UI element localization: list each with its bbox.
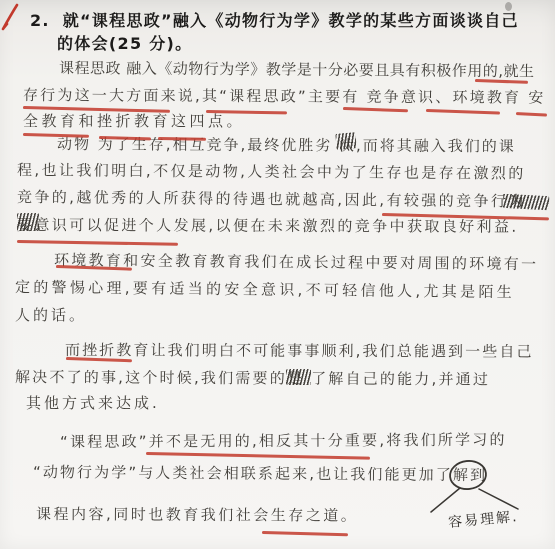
- scanned-exam-page: 2. 就“课程思政”融入《动物行为学》教学的某些方面谈谈自己 的体会(25 分)…: [0, 0, 555, 549]
- circled-word-annotation: [0, 0, 555, 549]
